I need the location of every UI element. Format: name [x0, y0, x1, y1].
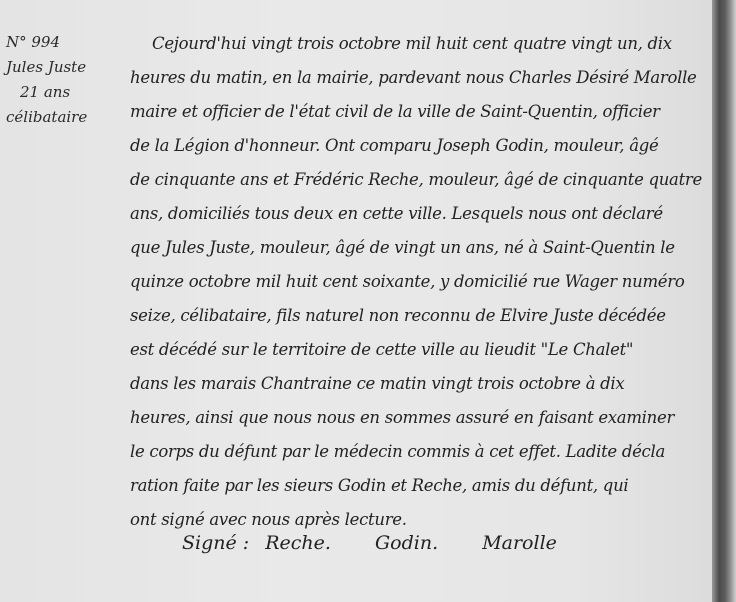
marital-status: célibataire: [6, 105, 126, 130]
margin-annotation: N° 994 Jules Juste 21 ans célibataire: [6, 30, 126, 130]
register-page: N° 994 Jules Juste 21 ans célibataire Ce…: [0, 0, 712, 602]
record-line: Cejourd'hui vingt trois octobre mil huit…: [152, 34, 672, 53]
record-line: le corps du défunt par le médecin commis…: [130, 442, 665, 461]
record-line: de cinquante ans et Frédéric Reche, moul…: [130, 170, 702, 189]
record-line: est décédé sur le territoire de cette vi…: [130, 340, 633, 359]
record-line: dans les marais Chantraine ce matin ving…: [130, 374, 624, 393]
deceased-name: Jules Juste: [6, 55, 126, 80]
record-line: que Jules Juste, mouleur, âgé de vingt u…: [130, 238, 675, 257]
signature-label: Signé :: [182, 532, 249, 554]
record-line: maire et officier de l'état civil de la …: [130, 102, 660, 121]
signature-godin: Godin.: [375, 532, 438, 554]
record-line: ans, domiciliés tous deux en cette ville…: [130, 204, 663, 223]
record-line: quinze octobre mil huit cent soixante, y…: [130, 272, 684, 291]
record-line: de la Légion d'honneur. Ont comparu Jose…: [130, 136, 658, 155]
deceased-age: 21 ans: [6, 80, 126, 105]
record-line: heures du matin, en la mairie, pardevant…: [130, 68, 697, 87]
record-line: heures, ainsi que nous nous en sommes as…: [130, 408, 674, 427]
signature-reche: Reche.: [265, 532, 331, 554]
record-line: seize, célibataire, fils naturel non rec…: [130, 306, 666, 325]
record-line: ont signé avec nous après lecture.: [130, 510, 407, 529]
entry-number: N° 994: [6, 30, 126, 55]
signature-block: Signé : Reche. Godin. Marolle: [182, 532, 595, 554]
book-binding-edge: [712, 0, 736, 602]
signature-marolle: Marolle: [482, 532, 557, 554]
record-line: ration faite par les sieurs Godin et Rec…: [130, 476, 628, 495]
